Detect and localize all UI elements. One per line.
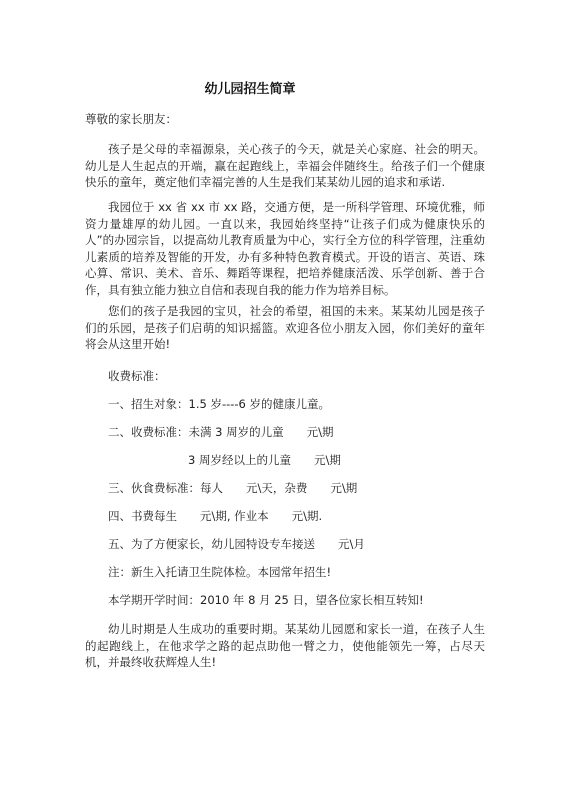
closing-paragraph: 幼儿时期是人生成功的重要时期。某某幼儿园愿和家长一道，在孩子人生的起跑线上，在他… xyxy=(85,621,485,671)
note-line: 注：新生入托请卫生院体检。本园常年招生! xyxy=(108,564,331,580)
fee-item-tuition-over3: 3 周岁经以上的儿童 元\期 xyxy=(188,452,341,468)
fees-heading: 收费标准： xyxy=(108,368,166,384)
fee-item-tuition: 二、收费标准：未满 3 周岁的儿童 元\期 xyxy=(108,424,334,440)
welcome-paragraph: 您们的孩子是我园的宝贝，社会的希望，祖国的未来。某某幼儿园是孩子们的乐园，是孩子… xyxy=(85,303,485,353)
fee-item-books: 四、书费每生 元\期, 作业本 元\期. xyxy=(108,508,322,524)
fee-item-enrollment: 一、招生对象：1.5 岁----6 岁的健康儿童。 xyxy=(108,396,330,412)
greeting: 尊敬的家长朋友： xyxy=(85,111,177,127)
intro-paragraph: 孩子是父母的幸福源泉，关心孩子的今天，就是关心家庭、社会的明天。幼儿是人生起点的… xyxy=(85,141,485,191)
about-paragraph: 我园位于 xx 省 xx 市 xx 路，交通方便，是一所科学管理、环境优雅，师资… xyxy=(85,199,485,299)
document-title: 幼儿园招生简章 xyxy=(0,78,500,97)
fee-item-meals: 三、伙食费标准：每人 元\天，杂费 元\期 xyxy=(108,480,357,496)
fee-item-bus: 五、为了方便家长，幼儿园特设专车接送 元\月 xyxy=(108,536,365,552)
semester-notice: 本学期开学时间：2010 年 8 月 25 日，望各位家长相互转知! xyxy=(108,592,424,608)
